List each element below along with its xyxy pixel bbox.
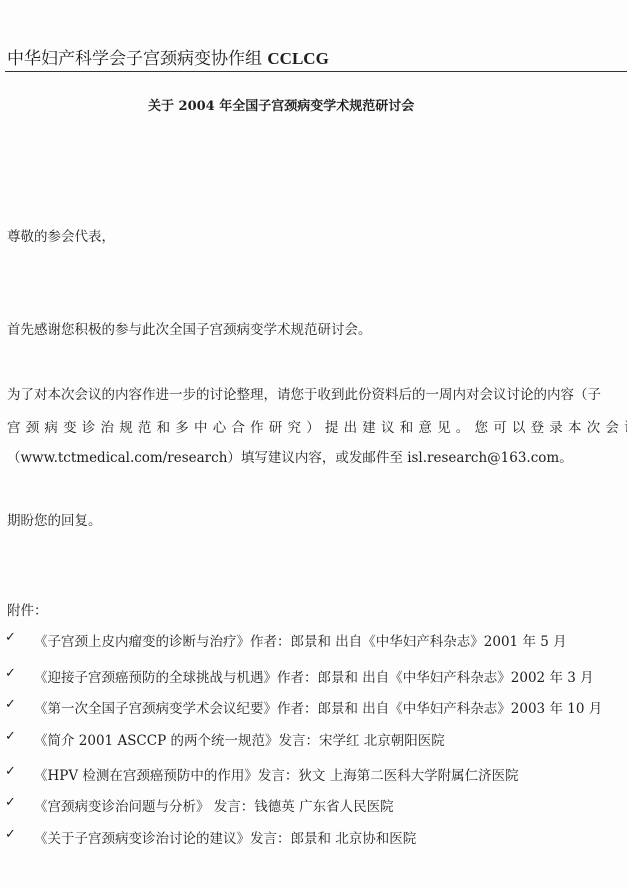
check-icon: ✓ [5, 795, 16, 810]
check-icon: ✓ [5, 729, 16, 744]
closing-line: 期盼您的回复。 [7, 509, 102, 529]
attachment-text: 《迎接子宫颈癌预防的全球挑战与机遇》作者：郎景和 出自《中华妇产科杂志》2002… [34, 666, 594, 686]
request-line-3-end: 。 [559, 450, 573, 466]
attachment-text: 《宫颈病变诊治问题与分析》 发言：钱德英 广东省人民医院 [34, 795, 394, 815]
attachments-label: 附件： [7, 599, 48, 619]
check-icon: ✓ [5, 666, 16, 681]
email-link[interactable]: isl.research@163.com [407, 450, 559, 466]
attachment-text: 《关于子宫颈病变诊治讨论的建议》发言：郎景和 北京协和医院 [34, 827, 416, 847]
attachment-item: ✓ 《关于子宫颈病变诊治讨论的建议》发言：郎景和 北京协和医院 [0, 827, 627, 847]
attachment-text: 《子宫颈上皮内瘤变的诊断与治疗》作者：郎景和 出自《中华妇产科杂志》2001 年… [34, 630, 567, 650]
document-title: 关于 2004 年全国子宫颈病变学术规范研讨会 [148, 95, 414, 114]
attachment-item: ✓ 《迎接子宫颈癌预防的全球挑战与机遇》作者：郎景和 出自《中华妇产科杂志》20… [0, 666, 627, 686]
attachment-text: 《简介 2001 ASCCP 的两个统一规范》发言：宋学红 北京朝阳医院 [34, 729, 445, 749]
check-icon: ✓ [5, 630, 16, 645]
check-icon: ✓ [5, 697, 16, 712]
header-divider [5, 71, 627, 72]
attachment-item: ✓ 《简介 2001 ASCCP 的两个统一规范》发言：宋学红 北京朝阳医院 [0, 729, 627, 749]
greeting: 尊敬的参会代表， [7, 225, 115, 245]
check-icon: ✓ [5, 764, 16, 779]
attachment-item: ✓ 《第一次全国子宫颈病变学术会议纪要》作者：郎景和 出自《中华妇产科杂志》20… [0, 697, 627, 717]
attachment-item: ✓ 《子宫颈上皮内瘤变的诊断与治疗》作者：郎景和 出自《中华妇产科杂志》2001… [0, 630, 627, 650]
attachment-item: ✓ 《HPV 检测在宫颈癌预防中的作用》发言：狄文 上海第二医科大学附属仁济医院 [0, 764, 627, 784]
request-line-1: 为了对本次会议的内容作进一步的讨论整理，请您于收到此份资料后的一周内对会议讨论的… [7, 383, 601, 403]
attachment-text: 《HPV 检测在宫颈癌预防中的作用》发言：狄文 上海第二医科大学附属仁济医院 [34, 764, 519, 784]
request-line-2: 宫颈病变诊治规范和多中心合作研究）提出建议和意见。您可以登录本次会议网站 [7, 416, 627, 436]
request-line-3: （www.tctmedical.com/research）填写建议内容，或发邮件… [7, 446, 573, 466]
organization-header: 中华妇产科学会子宫颈病变协作组 CCLCG [7, 44, 329, 69]
attachment-text: 《第一次全国子宫颈病变学术会议纪要》作者：郎景和 出自《中华妇产科杂志》2003… [34, 697, 602, 717]
website-text: （www.tctmedical.com/research）填写建议内容，或发邮件… [7, 450, 407, 466]
thanks-paragraph: 首先感谢您积极的参与此次全国子宫颈病变学术规范研讨会。 [7, 318, 372, 338]
organization-abbreviation: CCLCG [267, 49, 328, 68]
attachment-item: ✓ 《宫颈病变诊治问题与分析》 发言：钱德英 广东省人民医院 [0, 795, 627, 815]
check-icon: ✓ [5, 827, 16, 842]
organization-name: 中华妇产科学会子宫颈病变协作组 [7, 49, 262, 69]
